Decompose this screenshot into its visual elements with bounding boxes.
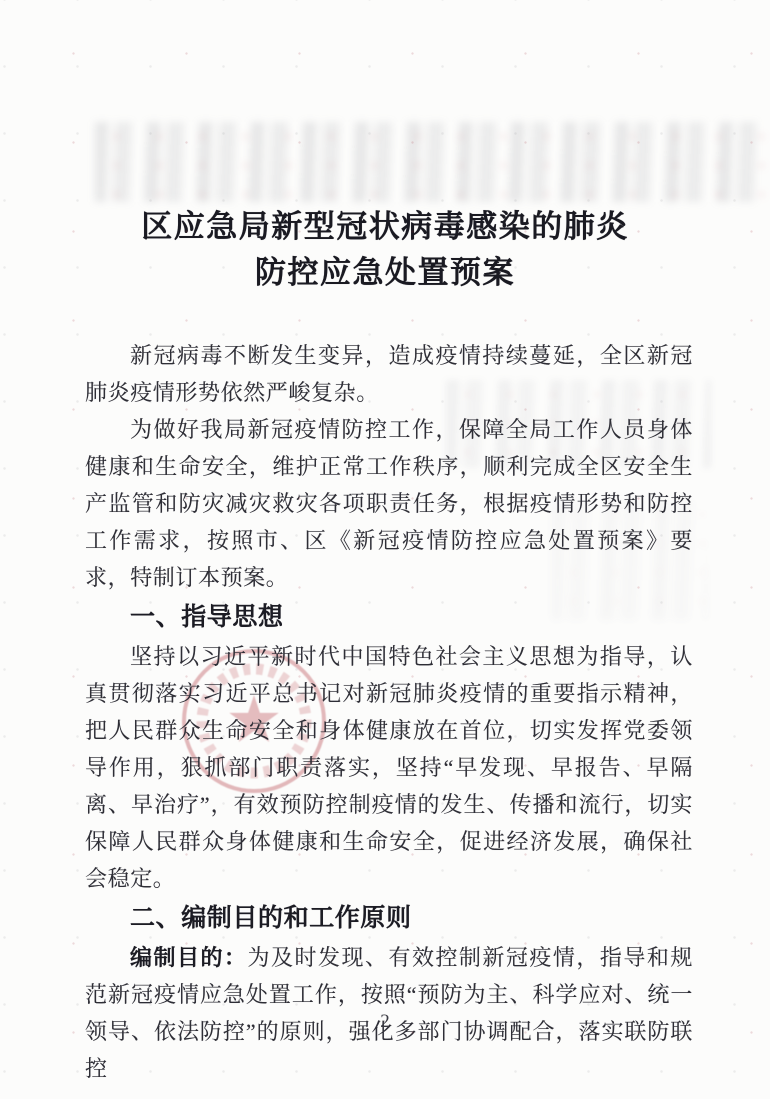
document-title: 区应急局新型冠状病毒感染的肺炎 防控应急处置预案 [0, 0, 770, 296]
scanned-document-page: 区应急局新型冠状病毒感染的肺炎 防控应急处置预案 新冠病毒不断发生变异，造成疫情… [0, 0, 770, 1099]
document-title-line-1: 区应急局新型冠状病毒感染的肺炎 [0, 204, 770, 250]
section-heading-1: 一、指导思想 [85, 599, 693, 636]
document-body: 新冠病毒不断发生变异，造成疫情持续蔓延，全区新冠肺炎疫情形势依然严峻复杂。 为做… [85, 337, 693, 1087]
document-content: 区应急局新型冠状病毒感染的肺炎 防控应急处置预案 新冠病毒不断发生变异，造成疫情… [0, 0, 770, 1087]
document-title-line-2: 防控应急处置预案 [0, 250, 770, 296]
paragraph-lead-label: 编制目的： [130, 945, 247, 970]
paragraph-purpose: 为做好我局新冠疫情防控工作，保障全局工作人员身体健康和生命安全，维护正常工作秩序… [85, 411, 693, 596]
paragraph-intro: 新冠病毒不断发生变异，造成疫情持续蔓延，全区新冠肺炎疫情形势依然严峻复杂。 [85, 337, 693, 411]
page-number: 2 [0, 1011, 770, 1033]
section-heading-2: 二、编制目的和工作原则 [85, 900, 693, 937]
paragraph-guiding-ideology: 坚持以习近平新时代中国特色社会主义思想为指导，认真贯彻落实习近平总书记对新冠肺炎… [85, 638, 693, 897]
